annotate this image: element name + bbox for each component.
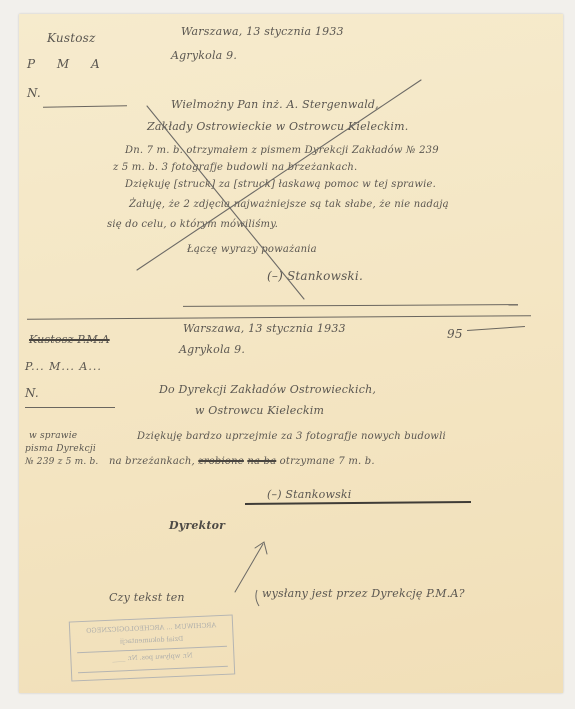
arrow-icon: [235, 542, 267, 592]
cross-out-x-mark: [137, 80, 421, 299]
annotation-bracket-mark: [256, 590, 259, 606]
pencil-strokes-overlay: [19, 14, 563, 693]
document-page: Kustosz P M A N. Warszawa, 13 stycznia 1…: [19, 14, 563, 693]
